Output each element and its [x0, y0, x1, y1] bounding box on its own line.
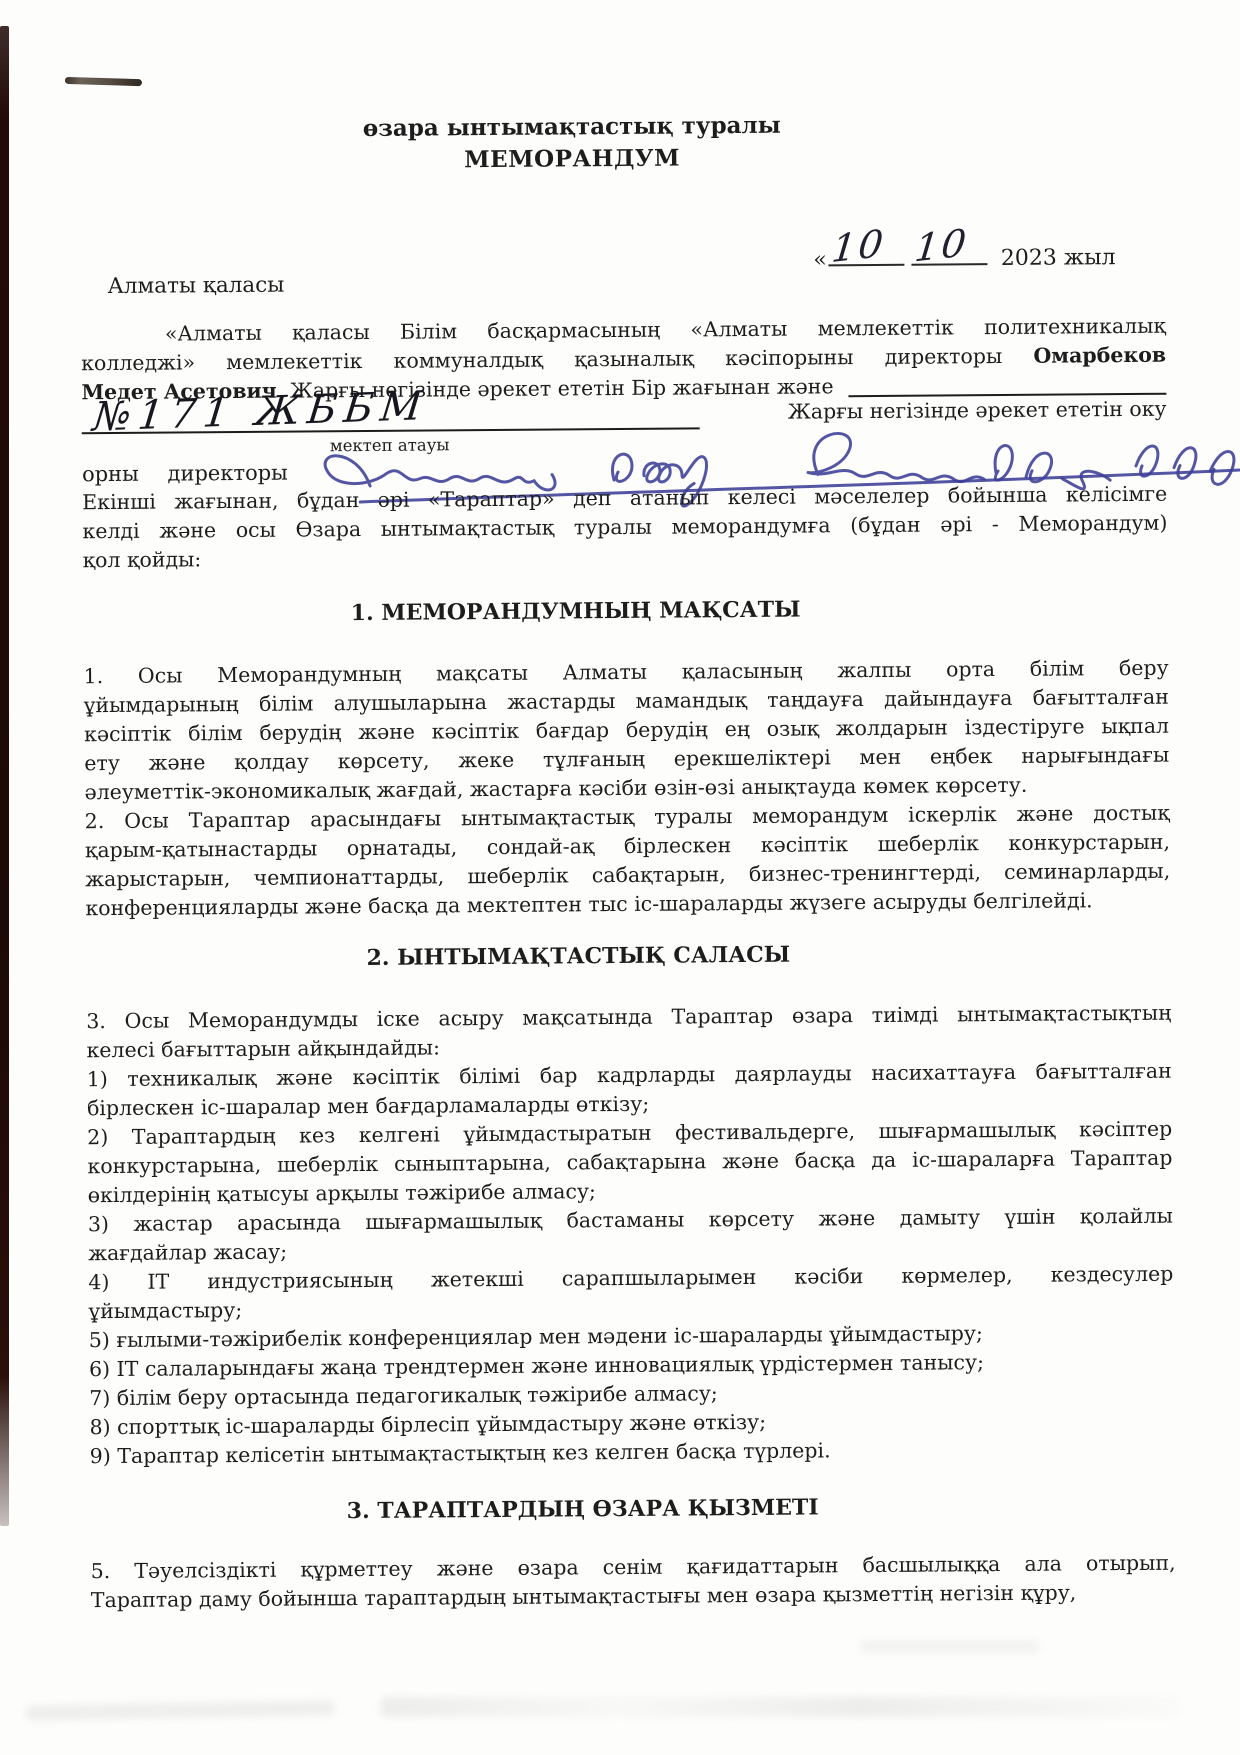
- date-day-underline: 10: [829, 238, 905, 267]
- city-label: Алматы қаласы: [107, 273, 284, 299]
- second-party-paragraph: Екінші жағынан, бұдан әрі «Тараптар» деп…: [82, 480, 1168, 576]
- section-1-body: 1. Осы Меморандумның мақсаты Алматы қала…: [84, 654, 1171, 924]
- list-item: 1) техникалық және кәсіптік білімі бар к…: [87, 1057, 1172, 1124]
- scanned-content: өзара ынтымақтастық туралы МЕМОРАНДУМ «1…: [0, 0, 1240, 1755]
- paragraph: 5. Тәуелсіздікті құрметтеу және өзара се…: [91, 1549, 1176, 1616]
- section-2-body: 3. Осы Меморандумды іске асыру мақсатынд…: [86, 999, 1175, 1472]
- paragraph: 2. Осы Тараптар арасындағы ынтымақтастық…: [85, 799, 1171, 924]
- section-1-heading: 1. МЕМОРАНДУМНЫҢ МАҚСАТЫ: [33, 594, 1118, 629]
- pen-mark: [65, 77, 142, 86]
- list-item: 4) IT индустриясының жетекші сарапшылары…: [88, 1260, 1173, 1327]
- document-title: өзара ынтымақтастық туралы МЕМОРАНДУМ: [29, 108, 1114, 180]
- section-2-heading: 2. ЫНТЫМАҚТАСТЫҚ САЛАСЫ: [36, 939, 1121, 974]
- opening-quote: «: [813, 247, 827, 272]
- paragraph: 3. Осы Меморандумды іске асыру мақсатынд…: [86, 999, 1171, 1066]
- document-page: өзара ынтымақтастық туралы МЕМОРАНДУМ «1…: [0, 0, 1240, 1755]
- list-item: 3) жастар арасында шығармашылық бастаман…: [88, 1202, 1173, 1269]
- paragraph: 1. Осы Меморандумның мақсаты Алматы қала…: [84, 654, 1170, 808]
- year-text: 2023 жыл: [1001, 245, 1116, 271]
- section-3-body: 5. Тәуелсіздікті құрметтеу және өзара се…: [91, 1549, 1176, 1616]
- handwritten-month: 10: [913, 221, 971, 271]
- date-month-underline: 10: [912, 237, 988, 266]
- handwritten-day: 10: [830, 221, 888, 271]
- section-3-heading: 3. ТАРАПТАРДЫҢ ӨЗАРА ҚЫЗМЕТІ: [40, 1492, 1125, 1527]
- date-line: «10102023 жыл: [813, 236, 1115, 272]
- list-item: 2) Тараптардың кез келгені ұйымдастыраты…: [87, 1115, 1173, 1211]
